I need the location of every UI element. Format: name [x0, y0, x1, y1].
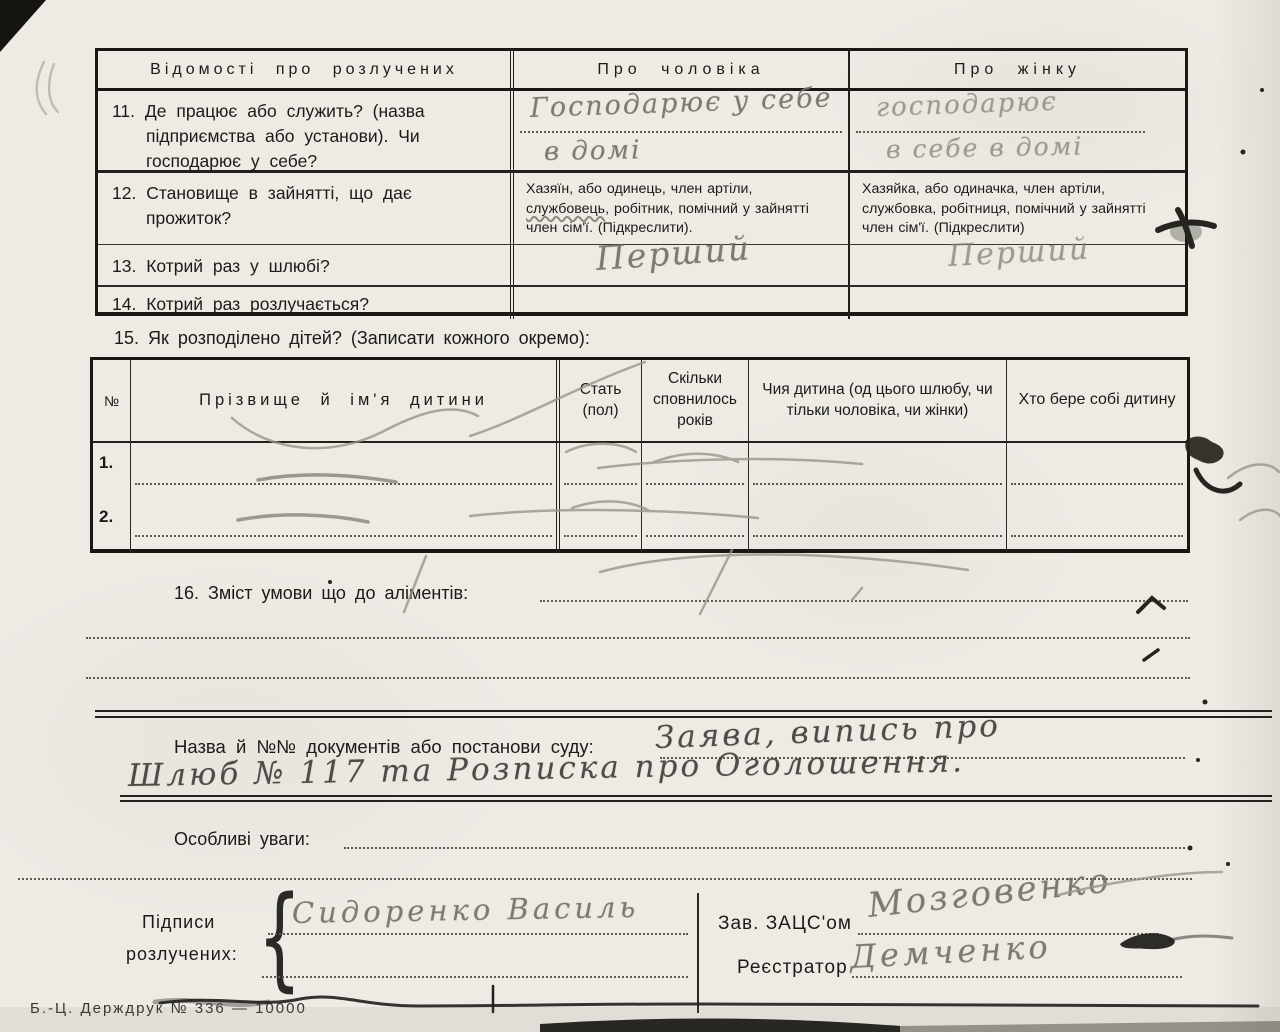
scanned-divorce-form: Відомості про розлучених Про чоловіка Пр…	[0, 0, 1280, 1032]
scan-edge-artifacts	[0, 0, 1280, 1032]
